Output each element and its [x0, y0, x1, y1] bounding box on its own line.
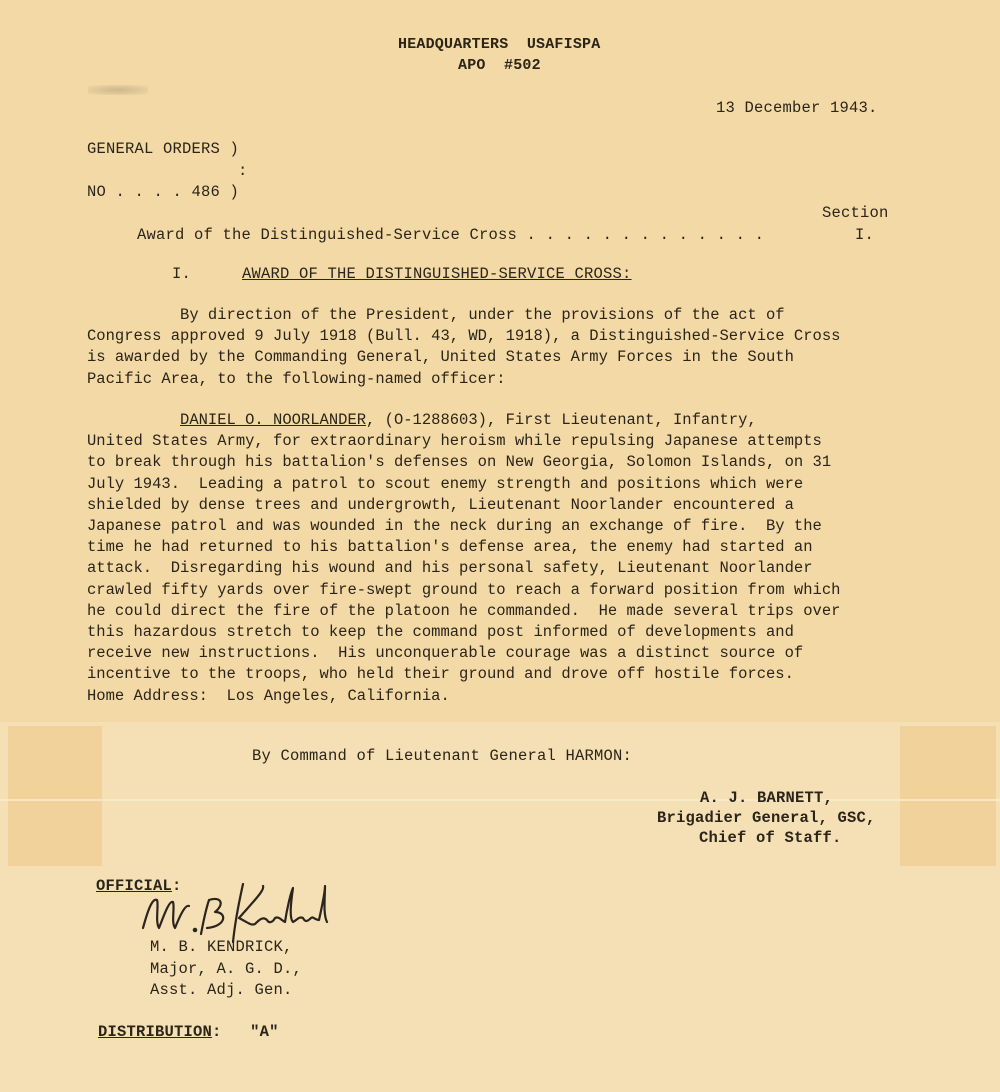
distribution-label: DISTRIBUTION	[98, 1023, 212, 1041]
official-name: M. B. KENDRICK,	[150, 937, 293, 958]
tape-patch-right	[900, 726, 996, 866]
section-number: I.	[172, 264, 191, 285]
paragraph-line: By direction of the President, under the…	[87, 305, 937, 326]
paper-fold-line	[0, 799, 1000, 801]
signatory-title: Chief of Staff.	[699, 828, 842, 849]
citation-line: incentive to the troops, who held their …	[87, 664, 937, 685]
distribution-value: "A"	[250, 1023, 279, 1041]
citation-line: United States Army, for extraordinary he…	[87, 431, 937, 452]
toc-entry-section: I.	[855, 225, 874, 246]
citation-line: attack. Disregarding his wound and his p…	[87, 558, 937, 579]
recipient-name: DANIEL O. NOORLANDER	[180, 411, 366, 429]
citation-line: this hazardous stretch to keep the comma…	[87, 622, 937, 643]
paragraph-line: Pacific Area, to the following-named off…	[87, 369, 937, 390]
toc-entry-title: Award of the Distinguished-Service Cross…	[137, 225, 764, 246]
header-line-2: APO #502	[458, 55, 541, 76]
toc-section-header: Section	[822, 203, 889, 224]
official-rank: Major, A. G. D.,	[150, 959, 302, 980]
citation-line: he could direct the fire of the platoon …	[87, 601, 937, 622]
general-orders-label: GENERAL ORDERS )	[87, 139, 239, 160]
official-title: Asst. Adj. Gen.	[150, 980, 293, 1001]
recipient-details: , (O-1288603), First Lieutenant, Infantr…	[366, 411, 757, 429]
citation-line: shielded by dense trees and undergrowth,…	[87, 495, 937, 516]
ink-smudge	[88, 85, 148, 95]
citation-line: to break through his battalion's defense…	[87, 452, 937, 473]
citation-line: crawled fifty yards over fire-swept grou…	[87, 580, 937, 601]
home-address-line: Home Address: Los Angeles, California.	[87, 686, 937, 707]
citation-line: time he had returned to his battalion's …	[87, 537, 937, 558]
header-line-1: HEADQUARTERS USAFISPA	[398, 34, 600, 55]
command-line: By Command of Lieutenant General HARMON:	[252, 746, 632, 767]
citation-paragraph: DANIEL O. NOORLANDER, (O-1288603), First…	[87, 410, 937, 707]
document-date: 13 December 1943.	[716, 98, 878, 119]
authority-paragraph: By direction of the President, under the…	[87, 305, 937, 390]
distribution-line: DISTRIBUTION: "A"	[98, 1022, 279, 1043]
distribution-colon: :	[212, 1023, 222, 1041]
paragraph-line: Congress approved 9 July 1918 (Bull. 43,…	[87, 326, 937, 347]
paragraph-line: is awarded by the Commanding General, Un…	[87, 347, 937, 368]
order-number: NO . . . . 486 )	[87, 182, 239, 203]
order-colon: :	[238, 161, 248, 182]
signatory-rank: Brigadier General, GSC,	[657, 808, 876, 829]
signatory-name: A. J. BARNETT,	[700, 788, 833, 809]
section-title: AWARD OF THE DISTINGUISHED-SERVICE CROSS…	[242, 264, 632, 285]
citation-first-line: DANIEL O. NOORLANDER, (O-1288603), First…	[87, 410, 937, 431]
citation-line: July 1943. Leading a patrol to scout ene…	[87, 474, 937, 495]
tape-patch-left	[8, 726, 102, 866]
citation-line: Japanese patrol and was wounded in the n…	[87, 516, 937, 537]
citation-line: receive new instructions. His unconquera…	[87, 643, 937, 664]
